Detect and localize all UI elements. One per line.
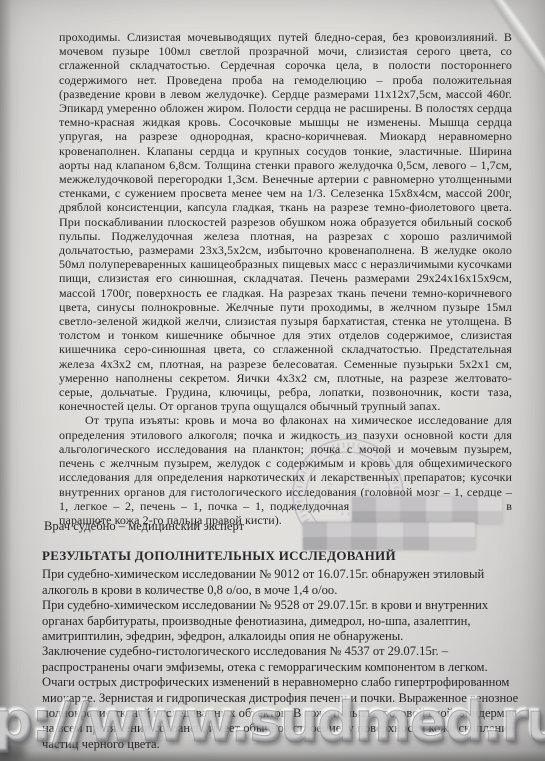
autopsy-continuation-paragraph: проходимы. Слизистая мочевыводящих путей…: [59, 30, 512, 413]
results-heading: РЕЗУЛЬТАТЫ ДОПОЛНИТЕЛЬНЫХ ИССЛЕДОВАНИЙ: [42, 548, 523, 563]
redaction-blur-bottom: [303, 522, 475, 550]
medical-examiner-signature-line: Врач судебно – медицинский эксперт: [44, 519, 244, 534]
autopsy-findings-text: проходимы. Слизистая мочевыводящих путей…: [59, 30, 512, 527]
chemical-analysis-paragraph-1: При судебно-химическом исследовании № 90…: [42, 567, 523, 598]
scan-edge-shadow-left: [0, 0, 12, 761]
scanned-document-page: проходимы. Слизистая мочевыводящих путей…: [0, 0, 545, 761]
chemical-analysis-paragraph-2: При судебно-химическом исследовании № 95…: [42, 598, 523, 644]
sudmed-url-watermark: p://www.sudmed.ru: [0, 690, 545, 754]
redaction-blur-top: [352, 497, 502, 524]
